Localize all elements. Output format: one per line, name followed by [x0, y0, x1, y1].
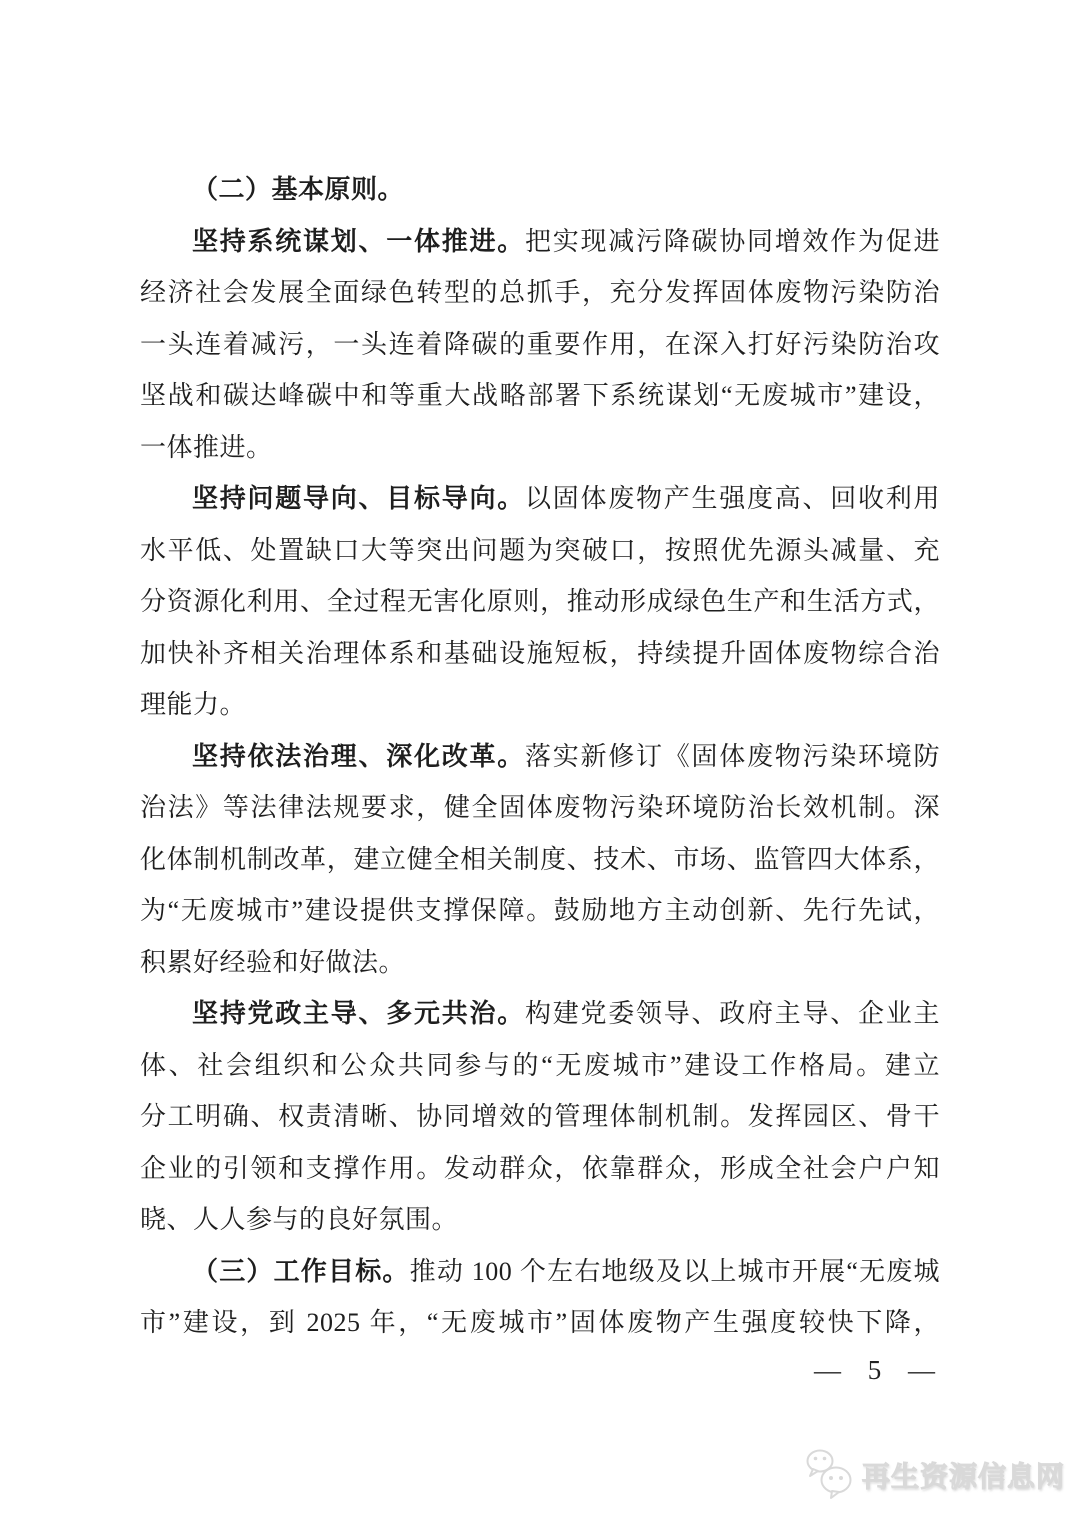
- text-line: 积累好经验和好做法。: [140, 937, 940, 989]
- text-line: 坚持系统谋划、一体推进。把实现减污降碳协同增效作为促进: [140, 216, 940, 268]
- watermark-text: 再生资源信息网: [862, 1455, 1065, 1495]
- text-line: 坚战和碳达峰碳中和等重大战略部署下系统谋划“无废城市”建设，: [140, 370, 940, 422]
- site-watermark: 再生资源信息网: [804, 1446, 1065, 1504]
- text-line: 坚持依法治理、深化改革。落实新修订《固体废物污染环境防: [140, 731, 940, 783]
- text-line: 加快补齐相关治理体系和基础设施短板，持续提升固体废物综合治: [140, 628, 940, 680]
- text-line: 经济社会发展全面绿色转型的总抓手，充分发挥固体废物污染防治: [140, 267, 940, 319]
- text-line: 坚持问题导向、目标导向。以固体废物产生强度高、回收利用: [140, 473, 940, 525]
- text-line: 理能力。: [140, 679, 940, 731]
- text-line: 化体制机制改革，建立健全相关制度、技术、市场、监管四大体系，: [140, 834, 940, 886]
- page-number: — 5 —: [140, 1344, 940, 1396]
- section-heading: （三）工作目标。推动 100 个左右地级及以上城市开展“无废城: [140, 1246, 940, 1298]
- section-heading: （二）基本原则。: [140, 164, 940, 216]
- document-body: （二）基本原则。 坚持系统谋划、一体推进。把实现减污降碳协同增效作为促进 经济社…: [140, 164, 940, 1349]
- text-line: 企业的引领和支撑作用。发动群众，依靠群众，形成全社会户户知: [140, 1143, 940, 1195]
- heading-text: （二）基本原则。: [192, 175, 404, 204]
- heading-text: （三）工作目标。: [192, 1257, 410, 1286]
- text-line: 晓、人人参与的良好氛围。: [140, 1194, 940, 1246]
- text-line: 治法》等法律法规要求，健全固体废物污染环境防治长效机制。深: [140, 782, 940, 834]
- text-line: 分工明确、权责清晰、协同增效的管理体制机制。发挥园区、骨干: [140, 1091, 940, 1143]
- text-line: 分资源化利用、全过程无害化原则，推动形成绿色生产和生活方式，: [140, 576, 940, 628]
- text-line: 坚持党政主导、多元共治。构建党委领导、政府主导、企业主: [140, 988, 940, 1040]
- document-page: （二）基本原则。 坚持系统谋划、一体推进。把实现减污降碳协同增效作为促进 经济社…: [0, 0, 1080, 1527]
- text-line: 为“无废城市”建设提供支撑保障。鼓励地方主动创新、先行先试，: [140, 885, 940, 937]
- text-line: 市”建设，到 2025 年，“无废城市”固体废物产生强度较快下降，: [140, 1297, 940, 1349]
- text-line: 水平低、处置缺口大等突出问题为突破口，按照优先源头减量、充: [140, 525, 940, 577]
- text-line: 一头连着减污，一头连着降碳的重要作用，在深入打好污染防治攻: [140, 319, 940, 371]
- text-line: 体、社会组织和公众共同参与的“无废城市”建设工作格局。建立: [140, 1040, 940, 1092]
- text-line: 一体推进。: [140, 422, 940, 474]
- wechat-icon: [804, 1448, 856, 1502]
